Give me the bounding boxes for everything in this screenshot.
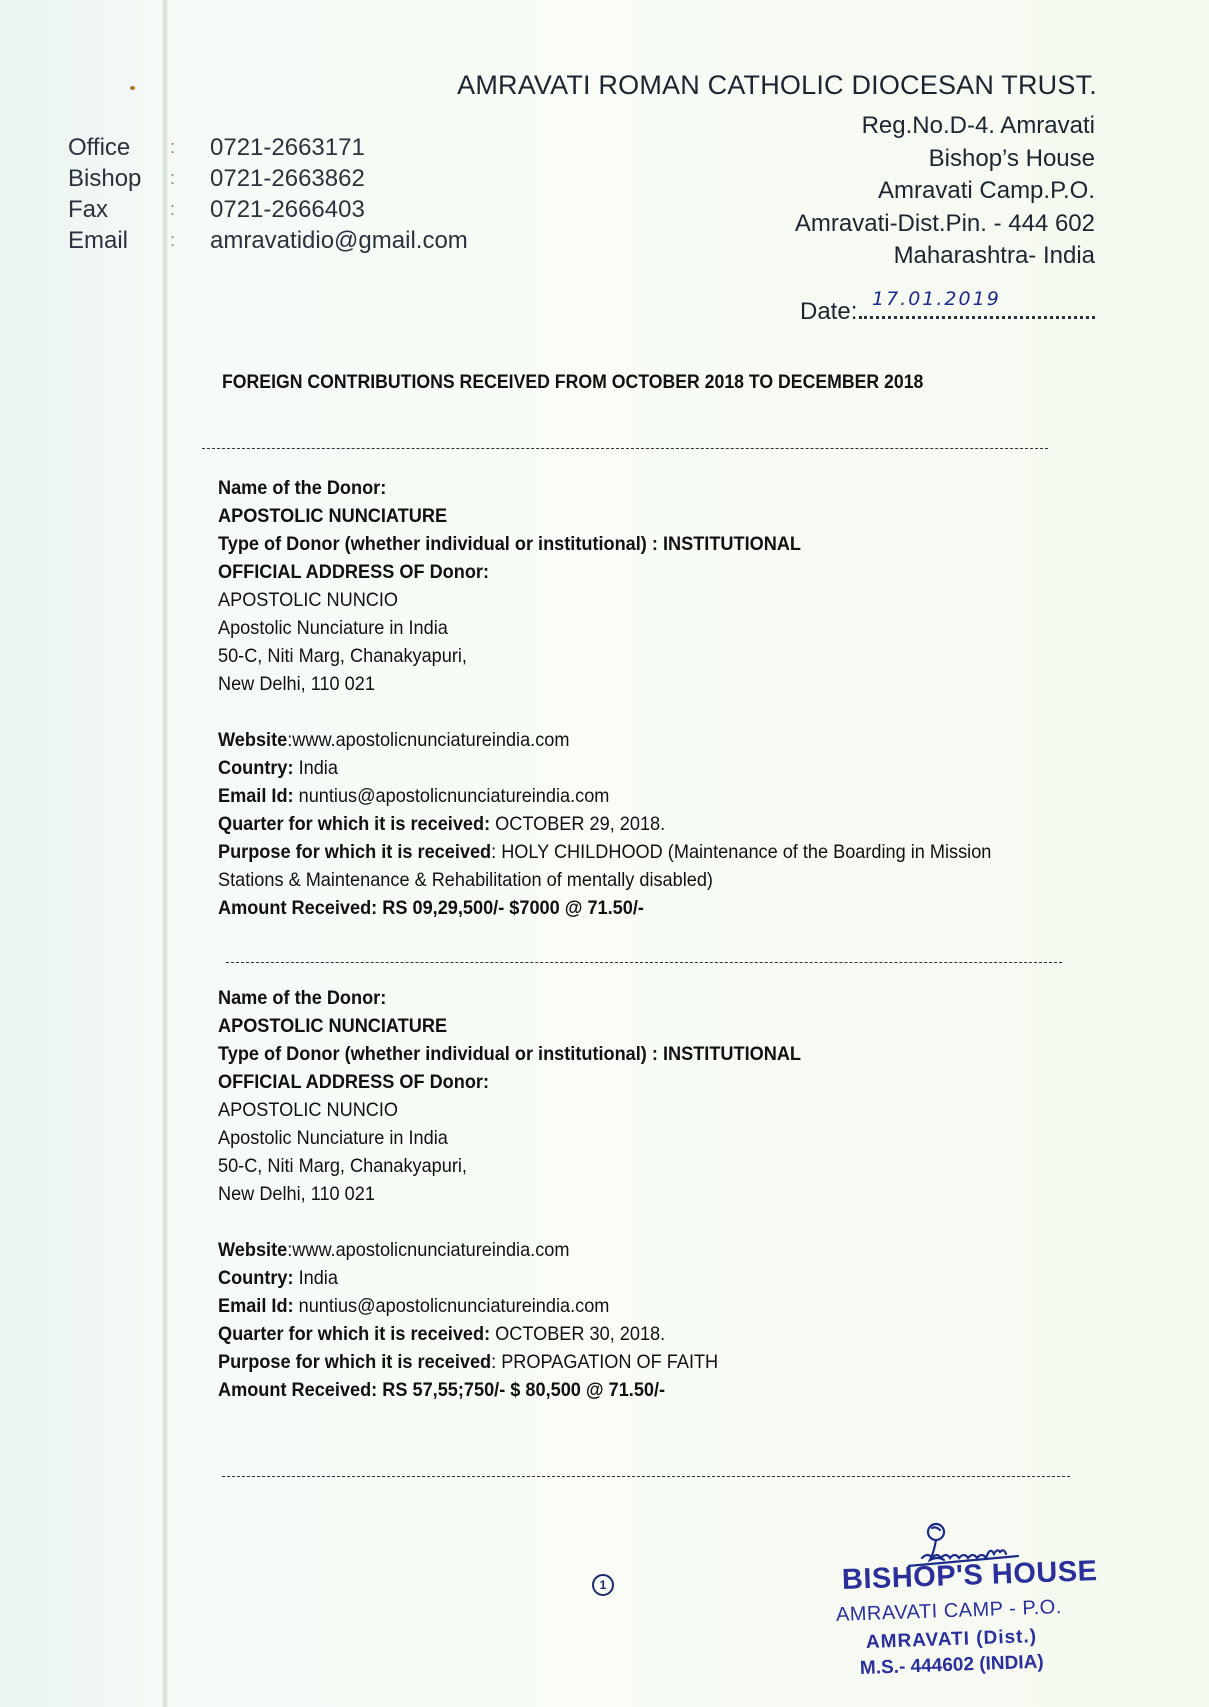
email-value: nuntius@apostolicnunciatureindia.com xyxy=(294,785,610,807)
date-field: Date: 17.01.2019 xyxy=(800,298,1095,326)
amount-value: RS 09,29,500/- $7000 @ 71.50/- xyxy=(382,897,644,919)
contact-label-fax: Fax xyxy=(68,194,141,225)
donor-name-label: Name of the Donor: xyxy=(218,984,1055,1012)
letterhead-address: Reg.No.D-4. Amravati Bishop’s House Amra… xyxy=(795,110,1095,273)
donor-address-line: Apostolic Nunciature in India xyxy=(218,1124,1055,1152)
donor-type-value: INSTITUTIONAL xyxy=(663,1043,801,1065)
country-value: India xyxy=(294,1267,338,1289)
organization-title: AMRAVATI ROMAN CATHOLIC DIOCESAN TRUST. xyxy=(362,70,1097,101)
stamp-line: AMRAVATI CAMP - P.O. xyxy=(836,1596,1063,1627)
donor-type-value: INSTITUTIONAL xyxy=(663,533,801,555)
dashed-separator xyxy=(222,1476,1070,1477)
website-label: Website xyxy=(218,1239,287,1261)
contact-label-email: Email xyxy=(68,225,141,256)
donor-address-line: Apostolic Nunciature in India xyxy=(218,614,1055,642)
country-label: Country: xyxy=(218,757,294,779)
donor-email: Email Id: nuntius@apostolicnunciatureind… xyxy=(218,1292,1055,1320)
amount-label: Amount Received: xyxy=(218,897,382,919)
website-label: Website xyxy=(218,729,287,751)
quarter-value: OCTOBER 29, 2018. xyxy=(490,813,665,835)
donor-name-label: Name of the Donor: xyxy=(218,474,1055,502)
donor-address-label: OFFICIAL ADDRESS OF Donor: xyxy=(218,558,1055,586)
donor-address-label: OFFICIAL ADDRESS OF Donor: xyxy=(218,1068,1055,1096)
donor-address-line: New Delhi, 110 021 xyxy=(218,1180,1055,1208)
address-line: Amravati-Dist.Pin. - 444 602 xyxy=(795,208,1095,241)
office-phone: 0721-2663171 xyxy=(210,132,468,163)
donor-email: Email Id: nuntius@apostolicnunciatureind… xyxy=(218,782,1055,810)
amount-value: RS 57,55;750/- $ 80,500 @ 71.50/- xyxy=(382,1379,665,1401)
donor-name: APOSTOLIC NUNCIATURE xyxy=(218,502,1055,530)
separator: : xyxy=(170,132,175,163)
donor-name: APOSTOLIC NUNCIATURE xyxy=(218,1012,1055,1040)
email-label: Email Id: xyxy=(218,1295,294,1317)
contribution-record-2: Name of the Donor: APOSTOLIC NUNCIATURE … xyxy=(218,984,1118,1404)
purpose-value: : PROPAGATION OF FAITH xyxy=(491,1351,718,1373)
bishop-phone: 0721-2663862 xyxy=(210,163,468,194)
purpose-received: Purpose for which it is received: PROPAG… xyxy=(218,1348,1055,1376)
donor-address-line: APOSTOLIC NUNCIO xyxy=(218,1096,1055,1124)
date-label: Date: xyxy=(800,298,857,326)
page-number: 1 xyxy=(592,1574,614,1596)
donor-website: Website:www.apostolicnunciatureindia.com xyxy=(218,1236,1055,1264)
purpose-continued: Stations & Maintenance & Rehabilitation … xyxy=(218,866,1055,894)
dashed-separator xyxy=(226,962,1062,963)
address-line: Bishop’s House xyxy=(795,143,1095,176)
address-line: Reg.No.D-4. Amravati xyxy=(795,110,1095,143)
address-line: Amravati Camp.P.O. xyxy=(795,175,1095,208)
donor-address-line: 50-C, Niti Marg, Chanakyapuri, xyxy=(218,1152,1055,1180)
quarter-label: Quarter for which it is received: xyxy=(218,813,490,835)
date-handwritten-value: 17.01.2019 xyxy=(872,288,1001,310)
purpose-value: : HOLY CHILDHOOD (Maintenance of the Boa… xyxy=(491,841,991,863)
website-value: :www.apostolicnunciatureindia.com xyxy=(287,729,569,751)
quarter-label: Quarter for which it is received: xyxy=(218,1323,490,1345)
spacer xyxy=(218,698,1118,726)
separator: : xyxy=(170,163,175,194)
email-label: Email Id: xyxy=(218,785,294,807)
contact-separators: : : : : xyxy=(170,132,175,256)
amount-received: Amount Received: RS 09,29,500/- $7000 @ … xyxy=(218,894,1055,922)
donor-country: Country: India xyxy=(218,754,1055,782)
country-label: Country: xyxy=(218,1267,294,1289)
purpose-label: Purpose for which it is received xyxy=(218,1351,491,1373)
donor-type: Type of Donor (whether individual or ins… xyxy=(218,1040,1055,1068)
bishops-house-stamp: BISHOP'S HOUSE AMRAVATI CAMP - P.O. AMRA… xyxy=(836,1520,1136,1700)
date-dotted-line xyxy=(859,314,1095,319)
spacer xyxy=(218,1208,1118,1236)
quarter-value: OCTOBER 30, 2018. xyxy=(490,1323,665,1345)
stamp-line: AMRAVATI (Dist.) xyxy=(866,1626,1038,1654)
fax-number: 0721-2666403 xyxy=(210,194,468,225)
contact-values: 0721-2663171 0721-2663862 0721-2666403 a… xyxy=(210,132,468,256)
separator: : xyxy=(170,194,175,225)
donor-address-line: APOSTOLIC NUNCIO xyxy=(218,586,1055,614)
donor-type-label: Type of Donor (whether individual or ins… xyxy=(218,1043,663,1065)
ink-speck xyxy=(130,86,135,90)
quarter-received: Quarter for which it is received: OCTOBE… xyxy=(218,1320,1055,1348)
amount-received: Amount Received: RS 57,55;750/- $ 80,500… xyxy=(218,1376,1055,1404)
donor-website: Website:www.apostolicnunciatureindia.com xyxy=(218,726,1055,754)
separator: : xyxy=(170,225,175,256)
donor-type-label: Type of Donor (whether individual or ins… xyxy=(218,533,663,555)
website-value: :www.apostolicnunciatureindia.com xyxy=(287,1239,569,1261)
stamp-line: M.S.- 444602 (INDIA) xyxy=(860,1652,1044,1680)
country-value: India xyxy=(294,757,338,779)
purpose-received: Purpose for which it is received: HOLY C… xyxy=(218,838,1055,866)
amount-label: Amount Received: xyxy=(218,1379,382,1401)
fold-line xyxy=(162,0,168,1707)
address-line: Maharashtra- India xyxy=(795,240,1095,273)
donor-country: Country: India xyxy=(218,1264,1055,1292)
dashed-separator xyxy=(202,448,1048,449)
document-heading: FOREIGN CONTRIBUTIONS RECEIVED FROM OCTO… xyxy=(222,372,923,394)
contribution-record-1: Name of the Donor: APOSTOLIC NUNCIATURE … xyxy=(218,474,1118,922)
email-value: nuntius@apostolicnunciatureindia.com xyxy=(294,1295,610,1317)
contact-labels: Office Bishop Fax Email xyxy=(68,132,141,256)
donor-address-line: 50-C, Niti Marg, Chanakyapuri, xyxy=(218,642,1055,670)
email-address: amravatidio@gmail.com xyxy=(210,225,468,256)
stamp-title: BISHOP'S HOUSE xyxy=(841,1555,1098,1597)
contact-label-bishop: Bishop xyxy=(68,163,141,194)
purpose-label: Purpose for which it is received xyxy=(218,841,491,863)
contact-label-office: Office xyxy=(68,132,141,163)
donor-address-line: New Delhi, 110 021 xyxy=(218,670,1055,698)
donor-type: Type of Donor (whether individual or ins… xyxy=(218,530,1055,558)
quarter-received: Quarter for which it is received: OCTOBE… xyxy=(218,810,1055,838)
